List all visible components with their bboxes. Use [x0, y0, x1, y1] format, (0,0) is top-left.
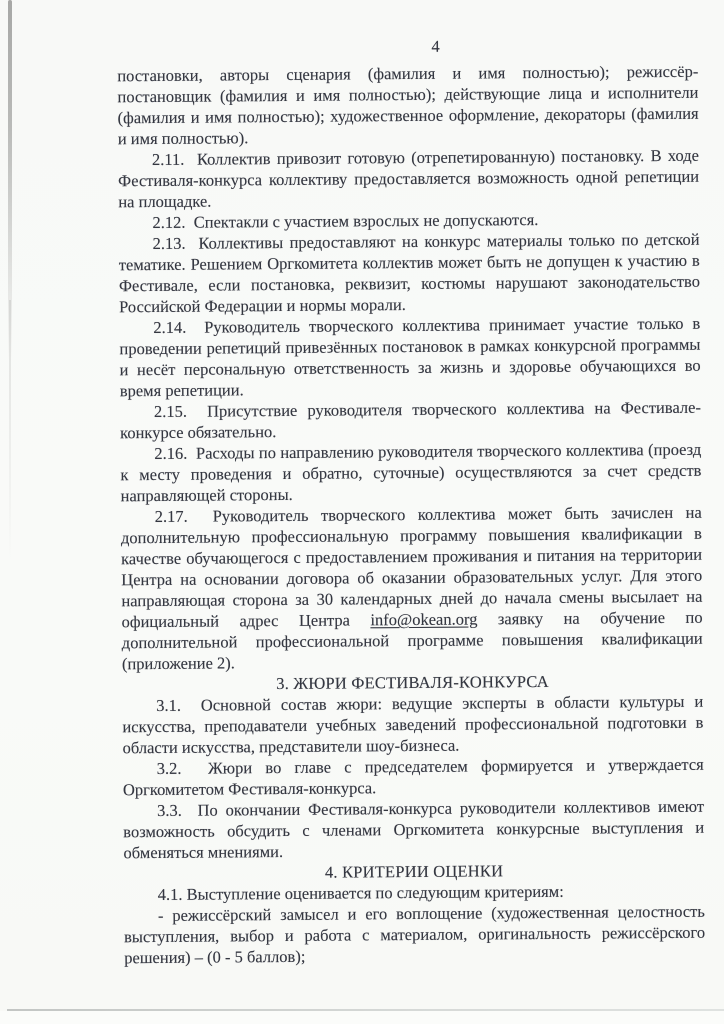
- page-number: 4: [145, 33, 724, 59]
- scan-edge-left-faint: [9, 300, 11, 560]
- email-link: info@okean.org: [370, 609, 477, 629]
- paragraph-2-15: 2.15. Присутствие руководителя творческо…: [120, 397, 701, 444]
- paragraph-2-16: 2.16. Расходы по направлению руководител…: [120, 439, 701, 507]
- paragraph-3-3: 3.3. По окончании Фестиваля-конкурса рук…: [123, 796, 704, 864]
- scanned-document-page: 4 постановки, авторы сценария (фамилия и…: [0, 0, 724, 1024]
- paragraph-3-2: 3.2. Жюри во главе с председателем форми…: [123, 754, 704, 801]
- paragraph-2-14: 2.14. Руководитель творческого коллектив…: [119, 313, 701, 402]
- scan-area-below-page: [0, 1011, 724, 1024]
- paragraph-2-11: 2.11. Коллектив привозит готовую (отрепе…: [118, 145, 699, 213]
- document-content: 4 постановки, авторы сценария (фамилия и…: [117, 34, 705, 969]
- paragraph-criterion-directing: - режиссёрский замысел и его воплощение …: [124, 901, 705, 969]
- paragraph-2-13: 2.13. Коллективы предоставляют на конкур…: [119, 229, 701, 318]
- paragraph-continuation: постановки, авторы сценария (фамилия и и…: [117, 61, 699, 150]
- paragraph-2-17: 2.17. Руководитель творческого коллектив…: [121, 502, 703, 675]
- paragraph-3-1: 3.1. Основной состав жюри: ведущие экспе…: [122, 691, 703, 759]
